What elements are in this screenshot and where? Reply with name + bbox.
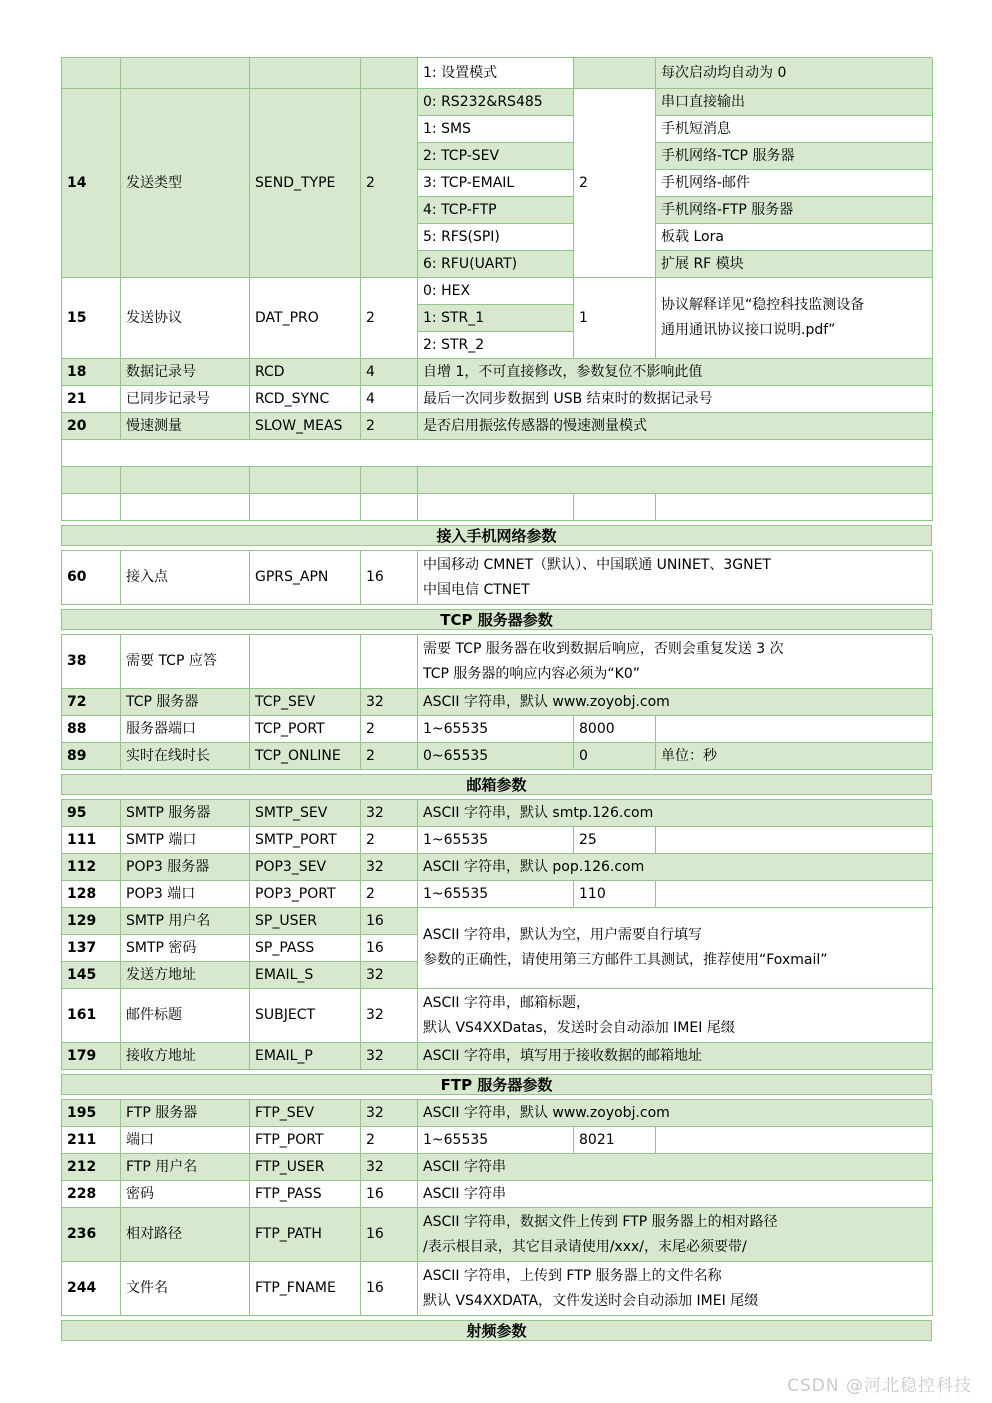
table-cell: 手机短消息 [656, 116, 933, 143]
param-211-ftp-port: 211端口FTP_PORT21~655358021 [61, 1127, 932, 1154]
cell-line: 协议解释详见“稳控科技监测设备 [661, 293, 932, 318]
param-name: 数据记录号 [121, 359, 250, 386]
table-cell: 1: STR_1 [418, 305, 574, 332]
table-cell: 串口直接输出 [656, 89, 933, 116]
param-id: 88 [62, 716, 121, 743]
table-cell [62, 58, 121, 89]
table-cell [250, 494, 361, 521]
param-name: 发送协议 [121, 278, 250, 359]
table-cell: 4: TCP-FTP [418, 197, 574, 224]
param-desc: ASCII 字符串，默认 pop.126.com [418, 854, 933, 881]
param-id: 38 [62, 635, 121, 689]
table-cell [656, 716, 933, 743]
param-id: 21 [62, 386, 121, 413]
param-id: 20 [62, 413, 121, 440]
param-code: RCD_SYNC [250, 386, 361, 413]
param-38-tcp-ack: 38需要 TCP 应答需要 TCP 服务器在收到数据后响应，否则会重复发送 3 … [61, 634, 932, 689]
cell-line: 需要 TCP 服务器在收到数据后响应，否则会重复发送 3 次 [423, 637, 932, 662]
param-179-email-p: 179接收方地址EMAIL_P32ASCII 字符串，填写用于接收数据的邮箱地址 [61, 1043, 932, 1070]
param-default: 110 [574, 881, 656, 908]
param-default: 1 [574, 278, 656, 359]
table-cell: 每次启动均自动为 0 [656, 58, 933, 89]
cell-line: ASCII 字符串，邮箱标题， [423, 991, 932, 1016]
param-size: 2 [361, 89, 418, 278]
param-id: 161 [62, 989, 121, 1043]
param-name: 发送类型 [121, 89, 250, 278]
param-size: 32 [361, 800, 418, 827]
table-cell [361, 467, 418, 494]
cell-line: /表示根目录，其它目录请使用/xxx/，末尾必须要带/ [423, 1235, 932, 1260]
param-code: POP3_SEV [250, 854, 361, 881]
param-code: POP3_PORT [250, 881, 361, 908]
empty-row-full [61, 440, 932, 467]
cell-line: 默认 VS4XXDatas，发送时会自动添加 IMEI 尾缀 [423, 1016, 932, 1041]
param-id: 111 [62, 827, 121, 854]
param-unit: 单位：秒 [656, 743, 933, 770]
param-212-ftp-user: 212FTP 用户名FTP_USER32ASCII 字符串 [61, 1154, 932, 1181]
table-cell: 手机网络-TCP 服务器 [656, 143, 933, 170]
param-desc: ASCII 字符串，数据文件上传到 FTP 服务器上的相对路径/表示根目录，其它… [418, 1208, 933, 1262]
param-21-rcd-sync: 21已同步记录号RCD_SYNC4最后一次同步数据到 USB 结束时的数据记录号 [61, 386, 932, 413]
param-code: EMAIL_P [250, 1043, 361, 1070]
table-cell [361, 494, 418, 521]
param-60-gprs-apn: 60接入点GPRS_APN16中国移动 CMNET（默认）、中国联通 UNINE… [61, 550, 932, 605]
param-id: 145 [62, 962, 121, 989]
param-name: 接入点 [121, 551, 250, 605]
param-default: 8021 [574, 1127, 656, 1154]
empty-row-green [61, 467, 932, 494]
param-default: 0 [574, 743, 656, 770]
param-name: 需要 TCP 应答 [121, 635, 250, 689]
param-desc: ASCII 字符串 [418, 1181, 933, 1208]
param-15-dat-pro: 15发送协议DAT_PRO20: HEX1: STR_12: STR_21协议解… [61, 278, 932, 359]
param-id: 89 [62, 743, 121, 770]
param-desc: ASCII 字符串，默认 www.zoyobj.com [418, 1100, 933, 1127]
table-cell [656, 494, 933, 521]
param-name: 已同步记录号 [121, 386, 250, 413]
param-111-smtp-port: 111SMTP 端口SMTP_PORT21~6553525 [61, 827, 932, 854]
table-cell [62, 494, 121, 521]
param-name: 慢速测量 [121, 413, 250, 440]
table-cell [250, 58, 361, 89]
table-cell [656, 881, 933, 908]
table-cell: 0: RS232&RS485 [418, 89, 574, 116]
param-desc: ASCII 字符串，上传到 FTP 服务器上的文件名称默认 VS4XXDATA，… [418, 1262, 933, 1316]
param-code: SP_USER [250, 908, 361, 935]
param-desc: 需要 TCP 服务器在收到数据后响应，否则会重复发送 3 次TCP 服务器的响应… [418, 635, 933, 689]
param-id: 95 [62, 800, 121, 827]
param-size: 16 [361, 1181, 418, 1208]
cell-line: ASCII 字符串，默认为空，用户需要自行填写 [423, 923, 932, 948]
param-size: 32 [361, 854, 418, 881]
param-id: 236 [62, 1208, 121, 1262]
param-default: 8000 [574, 716, 656, 743]
param-name: POP3 端口 [121, 881, 250, 908]
param-244-ftp-fname: 244文件名FTP_FNAME16ASCII 字符串，上传到 FTP 服务器上的… [61, 1262, 932, 1316]
table-cell [361, 58, 418, 89]
param-name: 实时在线时长 [121, 743, 250, 770]
table-cell [121, 467, 250, 494]
table-cell [418, 494, 574, 521]
cell-line: TCP 服务器的响应内容必须为“K0” [423, 662, 932, 687]
table-cell: 2: TCP-SEV [418, 143, 574, 170]
param-size: 16 [361, 908, 418, 935]
param-code: FTP_PASS [250, 1181, 361, 1208]
param-name: 密码 [121, 1181, 250, 1208]
param-id: 179 [62, 1043, 121, 1070]
table-cell: 扩展 RF 模块 [656, 251, 933, 278]
param-size: 2 [361, 278, 418, 359]
section-rf: 射频参数 [61, 1320, 932, 1341]
cell-line: 参数的正确性，请使用第三方邮件工具测试，推荐使用“Foxmail” [423, 948, 932, 973]
param-name: 邮件标题 [121, 989, 250, 1043]
param-code: FTP_FNAME [250, 1262, 361, 1316]
param-range: 1~65535 [418, 881, 574, 908]
param-name: TCP 服务器 [121, 689, 250, 716]
table-cell [62, 467, 121, 494]
param-89-tcp-online: 89实时在线时长TCP_ONLINE20~655350单位：秒 [61, 743, 932, 770]
table-cell: 板载 Lora [656, 224, 933, 251]
param-95-smtp-sev: 95SMTP 服务器SMTP_SEV32ASCII 字符串，默认 smtp.12… [61, 799, 932, 827]
param-name: 接收方地址 [121, 1043, 250, 1070]
param-id: 129 [62, 908, 121, 935]
param-id: 14 [62, 89, 121, 278]
param-code: SP_PASS [250, 935, 361, 962]
param-name: SMTP 服务器 [121, 800, 250, 827]
param-default: 2 [574, 89, 656, 278]
param-code: TCP_ONLINE [250, 743, 361, 770]
param-id: 212 [62, 1154, 121, 1181]
param-72-tcp-sev: 72TCP 服务器TCP_SEV32ASCII 字符串，默认 www.zoyob… [61, 689, 932, 716]
param-id: 137 [62, 935, 121, 962]
cell-line: ASCII 字符串，上传到 FTP 服务器上的文件名称 [423, 1264, 932, 1289]
param-code: FTP_PATH [250, 1208, 361, 1262]
table-cell [656, 827, 933, 854]
param-20-slow-meas: 20慢速测量SLOW_MEAS2是否启用振弦传感器的慢速测量模式 [61, 413, 932, 440]
param-code: FTP_SEV [250, 1100, 361, 1127]
param-default: 25 [574, 827, 656, 854]
param-name: 端口 [121, 1127, 250, 1154]
param-size: 2 [361, 413, 418, 440]
param-desc: 最后一次同步数据到 USB 结束时的数据记录号 [418, 386, 933, 413]
param-code: SUBJECT [250, 989, 361, 1043]
param-name: SMTP 端口 [121, 827, 250, 854]
param-195-ftp-sev: 195FTP 服务器FTP_SEV32ASCII 字符串，默认 www.zoyo… [61, 1099, 932, 1127]
table-cell: 手机网络-FTP 服务器 [656, 197, 933, 224]
param-desc: 自增 1，不可直接修改，参数复位不影响此值 [418, 359, 933, 386]
param-desc: 是否启用振弦传感器的慢速测量模式 [418, 413, 933, 440]
param-name: SMTP 密码 [121, 935, 250, 962]
table-cell [574, 494, 656, 521]
table-cell: 5: RFS(SPI) [418, 224, 574, 251]
param-size [361, 635, 418, 689]
empty-row-white [61, 494, 932, 521]
param-name: 发送方地址 [121, 962, 250, 989]
param-code: SMTP_SEV [250, 800, 361, 827]
table-cell: 1: 设置模式 [418, 58, 574, 89]
param-desc: ASCII 字符串，默认 www.zoyobj.com [418, 689, 933, 716]
param-desc: ASCII 字符串 [418, 1154, 933, 1181]
table-cell: 3: TCP-EMAIL [418, 170, 574, 197]
param-name: SMTP 用户名 [121, 908, 250, 935]
param-size: 4 [361, 386, 418, 413]
param-size: 2 [361, 827, 418, 854]
param-size: 4 [361, 359, 418, 386]
param-128-pop3-port: 128POP3 端口POP3_PORT21~65535110 [61, 881, 932, 908]
param-range: 1~65535 [418, 1127, 574, 1154]
param-129-137-145-smtp-account: 129SMTP 用户名SP_USER16137SMTP 密码SP_PASS161… [61, 908, 932, 989]
param-id: 60 [62, 551, 121, 605]
param-code: TCP_PORT [250, 716, 361, 743]
param-range: 1~65535 [418, 827, 574, 854]
param-code: DAT_PRO [250, 278, 361, 359]
param-code: SLOW_MEAS [250, 413, 361, 440]
param-size: 16 [361, 935, 418, 962]
table-cell [121, 494, 250, 521]
param-228-ftp-pass: 228密码FTP_PASS16ASCII 字符串 [61, 1181, 932, 1208]
param-18-rcd: 18数据记录号RCD4自增 1，不可直接修改，参数复位不影响此值 [61, 359, 932, 386]
table-cell [418, 467, 933, 494]
param-code: FTP_PORT [250, 1127, 361, 1154]
param-desc: 中国移动 CMNET（默认）、中国联通 UNINET、3GNET中国电信 CTN… [418, 551, 933, 605]
param-size: 32 [361, 989, 418, 1043]
param-88-tcp-port: 88服务器端口TCP_PORT21~655358000 [61, 716, 932, 743]
param-size: 32 [361, 1043, 418, 1070]
param-id: 244 [62, 1262, 121, 1316]
param-size: 32 [361, 689, 418, 716]
param-table: 1: 设置模式每次启动均自动为 014发送类型SEND_TYPE20: RS23… [61, 57, 932, 1345]
param-id: 128 [62, 881, 121, 908]
param-code [250, 635, 361, 689]
cell-line: 中国电信 CTNET [423, 578, 932, 603]
table-cell: 手机网络-邮件 [656, 170, 933, 197]
param-name: 相对路径 [121, 1208, 250, 1262]
cell-line: 通用通讯协议接口说明.pdf” [661, 318, 932, 343]
param-size: 2 [361, 743, 418, 770]
param-size: 16 [361, 1262, 418, 1316]
param-name: 服务器端口 [121, 716, 250, 743]
table-cell [250, 467, 361, 494]
param-id: 112 [62, 854, 121, 881]
section-email: 邮箱参数 [61, 774, 932, 795]
param-name: FTP 用户名 [121, 1154, 250, 1181]
param-id: 228 [62, 1181, 121, 1208]
cell-line: ASCII 字符串，数据文件上传到 FTP 服务器上的相对路径 [423, 1210, 932, 1235]
section-tcp-server: TCP 服务器参数 [61, 609, 932, 630]
section-mobile-network: 接入手机网络参数 [61, 525, 932, 546]
param-code: RCD [250, 359, 361, 386]
cell-line: 默认 VS4XXDATA，文件发送时会自动添加 IMEI 尾缀 [423, 1289, 932, 1314]
param-desc: ASCII 字符串，默认为空，用户需要自行填写参数的正确性，请使用第三方邮件工具… [418, 908, 933, 989]
param-name: FTP 服务器 [121, 1100, 250, 1127]
table-cell [62, 440, 933, 467]
param-id: 211 [62, 1127, 121, 1154]
param-112-pop3-sev: 112POP3 服务器POP3_SEV32ASCII 字符串，默认 pop.12… [61, 854, 932, 881]
cell-line: 中国移动 CMNET（默认）、中国联通 UNINET、3GNET [423, 553, 932, 578]
param-id: 72 [62, 689, 121, 716]
param-size: 32 [361, 1154, 418, 1181]
table-cell [574, 58, 656, 89]
param-range: 1~65535 [418, 716, 574, 743]
param-code: FTP_USER [250, 1154, 361, 1181]
param-desc: ASCII 字符串，默认 smtp.126.com [418, 800, 933, 827]
param-code: SMTP_PORT [250, 827, 361, 854]
param-desc: 协议解释详见“稳控科技监测设备通用通讯协议接口说明.pdf” [656, 278, 933, 359]
table-cell: 2: STR_2 [418, 332, 574, 359]
param-161-subject: 161邮件标题SUBJECT32ASCII 字符串，邮箱标题，默认 VS4XXD… [61, 989, 932, 1043]
param-code: TCP_SEV [250, 689, 361, 716]
section-ftp-server: FTP 服务器参数 [61, 1074, 932, 1095]
param-size: 2 [361, 716, 418, 743]
param-desc: ASCII 字符串，填写用于接收数据的邮箱地址 [418, 1043, 933, 1070]
table-cell: 0: HEX [418, 278, 574, 305]
table-cell [121, 58, 250, 89]
param-size: 16 [361, 551, 418, 605]
param-code: SEND_TYPE [250, 89, 361, 278]
param-code: EMAIL_S [250, 962, 361, 989]
param-size: 32 [361, 962, 418, 989]
table-cell: 1: SMS [418, 116, 574, 143]
param-id: 15 [62, 278, 121, 359]
param-desc: ASCII 字符串，邮箱标题，默认 VS4XXDatas，发送时会自动添加 IM… [418, 989, 933, 1043]
param-236-ftp-path: 236相对路径FTP_PATH16ASCII 字符串，数据文件上传到 FTP 服… [61, 1208, 932, 1262]
param-size: 16 [361, 1208, 418, 1262]
table-cell: 6: RFU(UART) [418, 251, 574, 278]
param-code: GPRS_APN [250, 551, 361, 605]
param-id: 195 [62, 1100, 121, 1127]
param-range: 0~65535 [418, 743, 574, 770]
param-name: 文件名 [121, 1262, 250, 1316]
table-cell [656, 1127, 933, 1154]
param-size: 32 [361, 1100, 418, 1127]
param-size: 2 [361, 1127, 418, 1154]
row-prev-tail: 1: 设置模式每次启动均自动为 0 [61, 57, 932, 89]
watermark: CSDN @河北稳控科技 [787, 1371, 972, 1396]
param-id: 18 [62, 359, 121, 386]
param-14-send-type: 14发送类型SEND_TYPE20: RS232&RS485串口直接输出1: S… [61, 89, 932, 278]
param-name: POP3 服务器 [121, 854, 250, 881]
param-size: 2 [361, 881, 418, 908]
